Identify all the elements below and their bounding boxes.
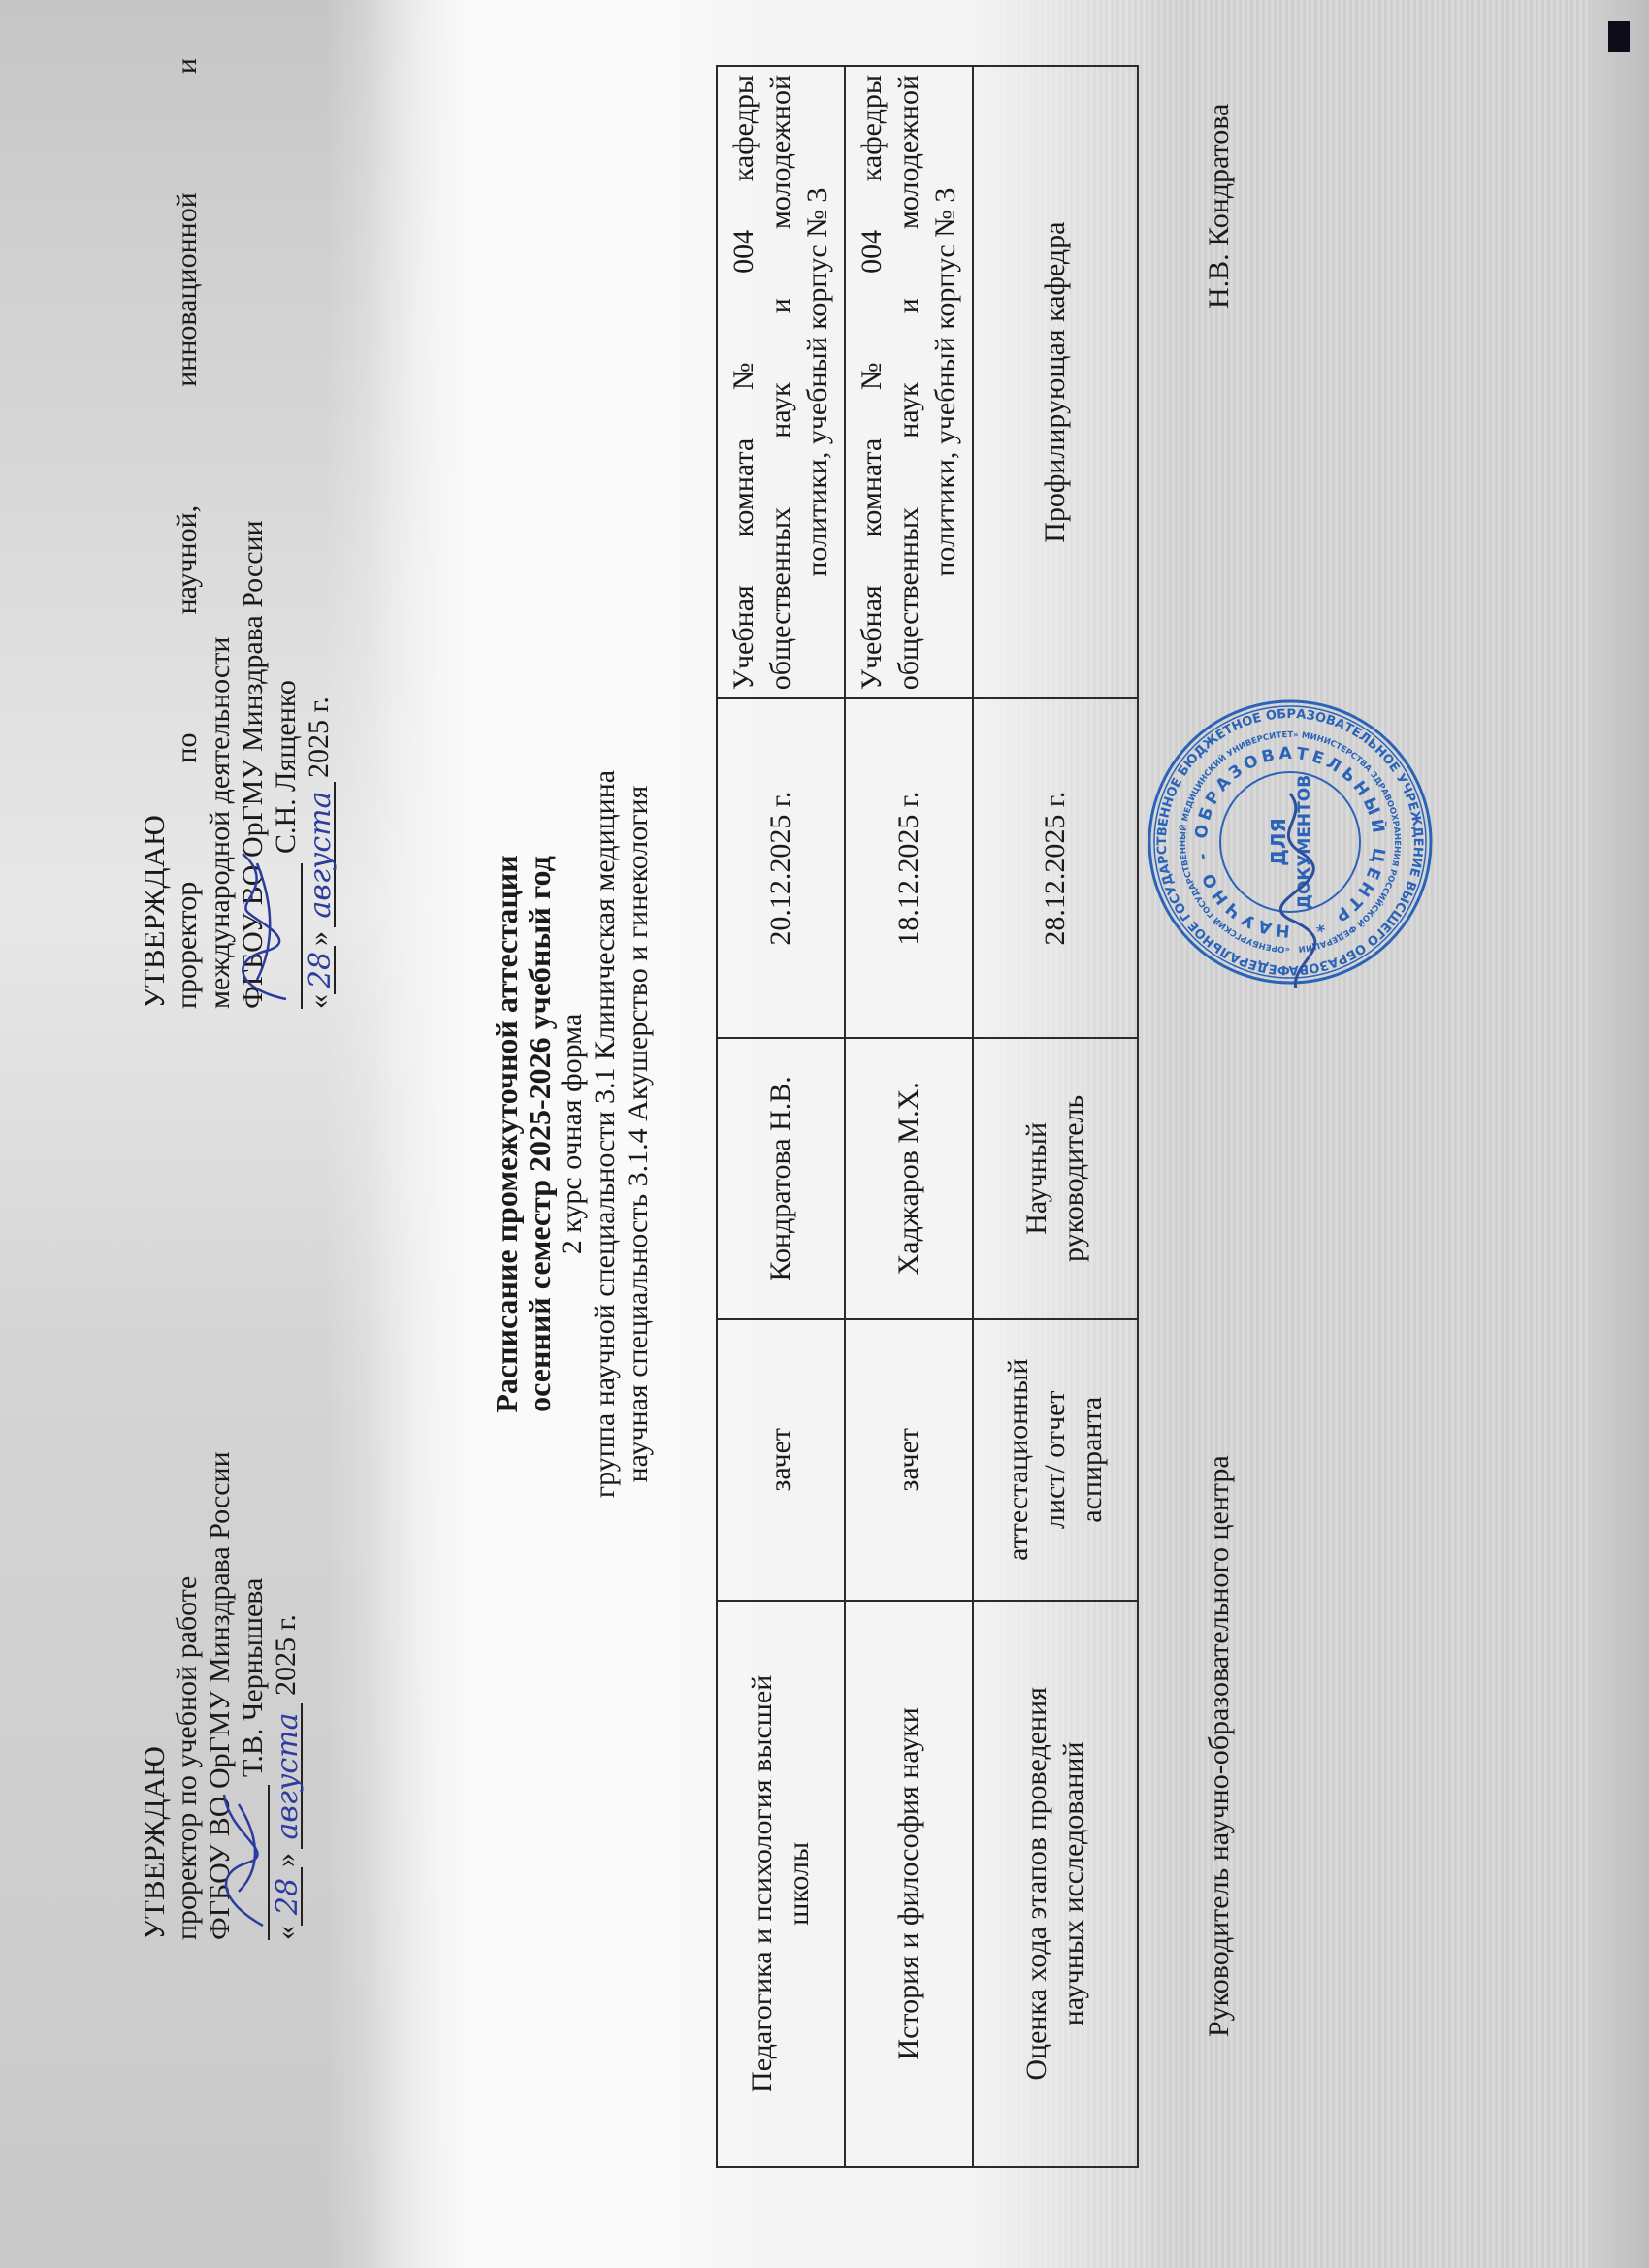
approval-heading: УТВЕРЖДАЮ <box>138 1397 171 1940</box>
location-line: общественных наук и молодежной <box>890 75 927 690</box>
form-line: лист/ отчет <box>1037 1328 1074 1592</box>
location-line: Учебная комната № 004 кафедры <box>854 75 890 690</box>
position-word: по <box>171 733 204 763</box>
approval-block-left: УТВЕРЖДАЮ проректор по учебной работе ФГ… <box>138 1397 303 1940</box>
position-word: научной, <box>171 505 204 615</box>
location-line: Учебная комната № 004 кафедры <box>726 75 762 690</box>
specialty: научная специальность 3.1.4 Акушерство и… <box>622 0 655 2268</box>
examiner-line: Научный <box>1018 1047 1055 1311</box>
approval-position: проректор по научной, инновационной и <box>171 58 204 1009</box>
cell-form: зачет <box>845 1319 973 1601</box>
approval-block-right: УТВЕРЖДАЮ проректор по научной, инноваци… <box>138 58 336 1009</box>
position-word: проректор <box>171 882 204 1009</box>
handwritten-signature-icon <box>210 1785 277 1930</box>
location-line: Профилирующая кафедра <box>1037 75 1074 690</box>
cell-discipline: История и философия науки <box>845 1601 973 2167</box>
official-stamp-icon: ФЕДЕРАЛЬНОЕ ГОСУДАРСТВЕННОЕ БЮДЖЕТНОЕ ОБ… <box>1145 697 1436 988</box>
cell-form: аттестационныйлист/ отчетаспиранта <box>973 1319 1138 1601</box>
discipline-line: Педагогика и психология высшей <box>744 1609 781 2158</box>
discipline-line: школы <box>781 1609 818 2158</box>
date-day: 28 <box>305 946 336 994</box>
stamp-center-line-1: ДЛЯ <box>1267 818 1290 866</box>
position-word: и <box>171 58 204 74</box>
title-line-2: осенний семестр 2025-2026 учебный год <box>523 0 556 2268</box>
date-line: 18.12.2025 г. <box>890 707 927 1029</box>
discipline-line: История и философия науки <box>890 1609 927 2158</box>
date-year: 2025 г. <box>303 697 336 778</box>
form-line: зачет <box>762 1328 799 1592</box>
title-line-1: Расписание промежуточной аттестации <box>490 0 523 2268</box>
position-word: инновационной <box>171 192 204 387</box>
table-row: Оценка хода этапов проведениянаучных исс… <box>973 66 1138 2167</box>
discipline-line: научных исследований <box>1055 1609 1092 2158</box>
specialty-group: группа научной специальности 3.1 Клиниче… <box>589 0 622 2268</box>
date-year: 2025 г. <box>270 1614 303 1696</box>
signature-field <box>239 1785 270 1940</box>
location-line: общественных наук и молодежной <box>762 75 799 690</box>
course-form: 2 курс очная форма <box>556 0 589 2268</box>
quote-close: » <box>303 931 336 946</box>
quote-open: « <box>303 994 336 1009</box>
approval-position: проректор по учебной работе <box>171 1397 204 1940</box>
signature-line: Т.В. Чернышева <box>237 1397 270 1940</box>
table-row: История и философия наукизачетХаджаров М… <box>845 66 973 2167</box>
signatory-name: С.Н. Лященко <box>270 680 303 854</box>
cell-examiner: Хаджаров М.Х. <box>845 1038 973 1319</box>
cell-location: Учебная комната № 004 кафедрыобщественны… <box>845 66 973 698</box>
cell-date: 28.12.2025 г. <box>973 698 1138 1038</box>
date-line: 20.12.2025 г. <box>762 707 799 1029</box>
cell-examiner: Кондратова Н.В. <box>717 1038 845 1319</box>
date-line: 28.12.2025 г. <box>1037 707 1074 1029</box>
location-line: политики, учебный корпус № 3 <box>927 75 964 690</box>
handwritten-signature-icon <box>218 844 306 1009</box>
cell-location: Профилирующая кафедра <box>973 66 1138 698</box>
signatory-name: Т.В. Чернышева <box>237 1578 270 1777</box>
scan-edge <box>1591 0 1649 2268</box>
schedule-table: Педагогика и психология высшейшколызачет… <box>716 65 1139 2168</box>
date-month: августа <box>305 782 336 927</box>
form-line: зачет <box>890 1328 927 1592</box>
examiner-line: Кондратова Н.В. <box>762 1047 799 1311</box>
footer-role: Руководитель научно-образовательного цен… <box>1203 1455 1236 2037</box>
cell-form: зачет <box>717 1319 845 1601</box>
examiner-line: руководитель <box>1055 1047 1092 1311</box>
approval-date: « 28 » августа 2025 г. <box>303 58 336 1009</box>
form-line: аттестационный <box>1000 1328 1037 1592</box>
cell-date: 18.12.2025 г. <box>845 698 973 1038</box>
approval-heading: УТВЕРЖДАЮ <box>138 58 171 1009</box>
form-line: аспиранта <box>1074 1328 1111 1592</box>
scanner-corner-mark <box>1608 21 1630 52</box>
cell-date: 20.12.2025 г. <box>717 698 845 1038</box>
discipline-line: Оценка хода этапов проведения <box>1018 1609 1055 2158</box>
signature-field <box>272 863 303 1009</box>
cell-location: Учебная комната № 004 кафедрыобщественны… <box>717 66 845 698</box>
signature-line: С.Н. Лященко <box>270 58 303 1009</box>
table-row: Педагогика и психология высшейшколызачет… <box>717 66 845 2167</box>
cell-examiner: Научныйруководитель <box>973 1038 1138 1319</box>
cell-discipline: Оценка хода этапов проведениянаучных исс… <box>973 1601 1138 2167</box>
footer-name: Н.В. Кондратова <box>1203 104 1236 308</box>
location-line: политики, учебный корпус № 3 <box>799 75 836 690</box>
document-page: УТВЕРЖДАЮ проректор по учебной работе ФГ… <box>0 0 1649 2268</box>
document-title: Расписание промежуточной аттестации осен… <box>490 0 655 2268</box>
cell-discipline: Педагогика и психология высшейшколы <box>717 1601 845 2167</box>
examiner-line: Хаджаров М.Х. <box>890 1047 927 1311</box>
